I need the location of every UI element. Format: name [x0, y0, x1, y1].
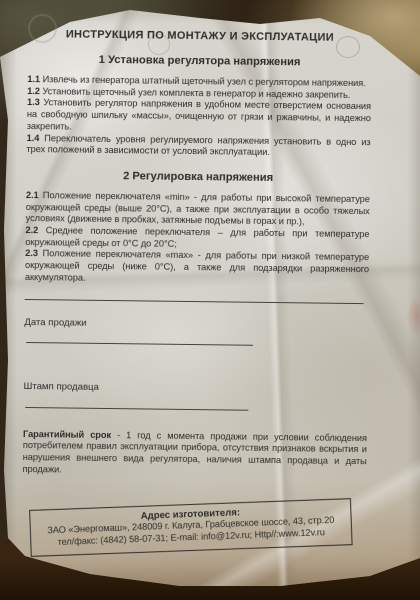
item-number: 2.1: [26, 190, 39, 200]
seller-stamp-blank-line: [25, 407, 248, 411]
instruction-item-2-3: 2.3 Положение переключателя «max» - для …: [25, 248, 369, 287]
item-number: 1.4: [27, 133, 40, 143]
item-text: Положение переключателя «max» - для рабо…: [25, 249, 369, 283]
warranty-label: Гарантийный срок: [23, 429, 111, 440]
divider-line: [25, 299, 364, 304]
item-number: 2.3: [25, 248, 38, 258]
seller-stamp-label: Штамп продавца: [24, 381, 368, 396]
manufacturer-address-box: Адрес изготовителя: ЗАО «Энергомаш», 248…: [29, 498, 352, 556]
document-title: ИНСТРУКЦИЯ ПО МОНТАЖУ И ЭКСПЛУАТАЦИИ: [28, 28, 372, 44]
embossed-stamp: [28, 14, 57, 43]
section-2-heading: 2 Регулировка напряжения: [26, 169, 370, 185]
item-number: 1.2: [27, 86, 40, 96]
sale-date-label: Дата продажи: [24, 317, 368, 332]
section-1-heading: 1 Установка регулятора напряжения: [27, 53, 371, 69]
warranty-paragraph: Гарантийный срок - 1 год с момента прода…: [22, 429, 367, 480]
item-text: Среднее положение переключателя – для ра…: [25, 225, 369, 248]
document-content: ИНСТРУКЦИЯ ПО МОНТАЖУ И ЭКСПЛУАТАЦИИ 1 У…: [22, 24, 372, 552]
sale-date-blank-line: [26, 342, 253, 346]
item-number: 1.1: [27, 74, 40, 84]
instruction-item-1-3: 1.3 Установить регулятор напряжения в уд…: [27, 97, 371, 136]
paper-sheet: ИНСТРУКЦИЯ ПО МОНТАЖУ И ЭКСПЛУАТАЦИИ 1 У…: [0, 0, 420, 600]
item-text: Положение переключателя «min» - для рабо…: [26, 190, 370, 227]
item-number: 1.3: [27, 97, 40, 107]
item-number: 2.2: [25, 225, 38, 235]
instruction-item-1-4: 1.4 Переключатель уровня регулируемого н…: [26, 133, 370, 161]
item-text: Переключатель уровня регулируемого напря…: [26, 133, 370, 157]
instruction-item-2-1: 2.1 Положение переключателя «min» - для …: [26, 190, 370, 229]
photo-background: ИНСТРУКЦИЯ ПО МОНТАЖУ И ЭКСПЛУАТАЦИИ 1 У…: [0, 0, 420, 600]
item-text: Установить регулятор напряжения в удобно…: [27, 98, 371, 132]
